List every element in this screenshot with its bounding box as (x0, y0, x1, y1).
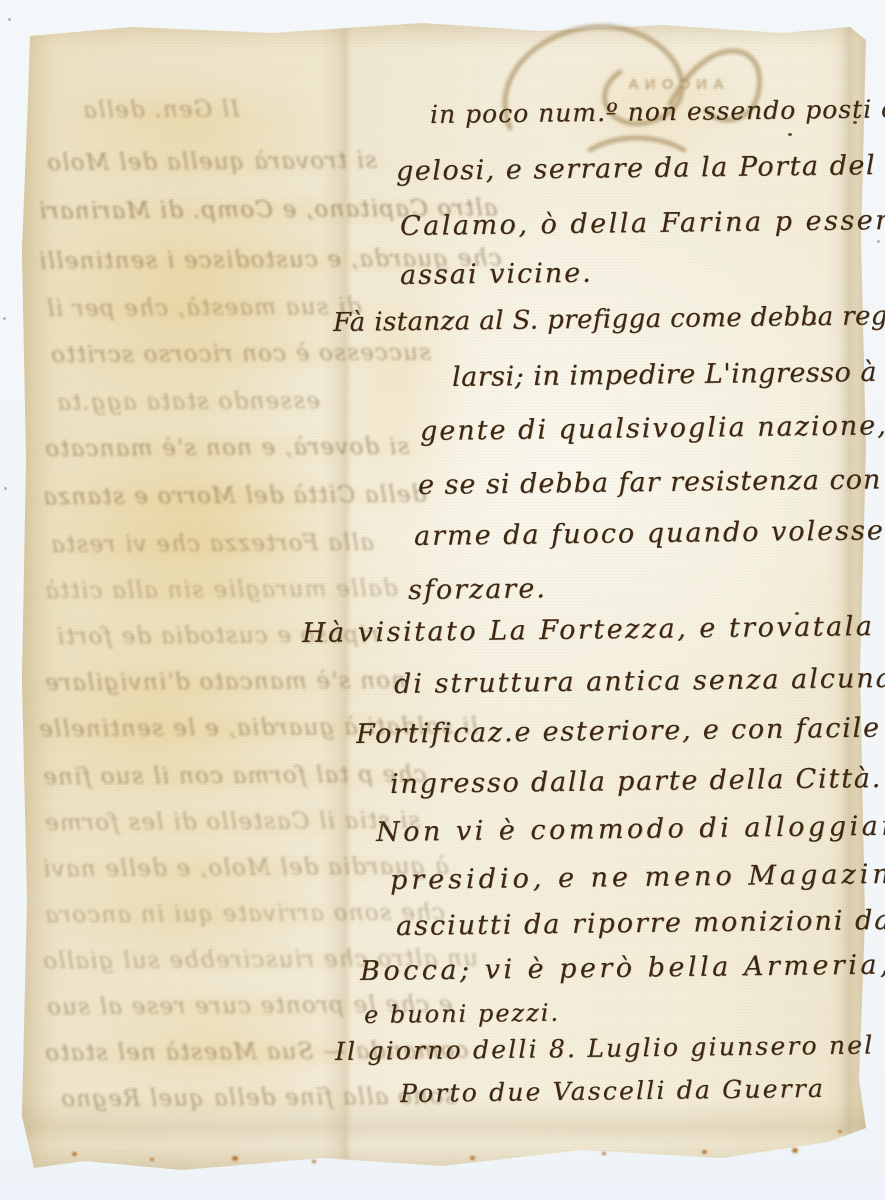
scanner-speck (4, 487, 7, 490)
rust-spot-6 (602, 1152, 606, 1155)
scanned-manuscript-page: ANCONA Il Gen. dellasi trovarà quella de… (0, 0, 885, 1200)
rust-spot-8 (792, 1148, 798, 1153)
scanner-speck (877, 240, 880, 243)
manuscript-paper (22, 20, 866, 1178)
bottom-fold-crease (22, 1098, 866, 1146)
scanner-speck (3, 317, 6, 320)
vertical-fold-crease (322, 20, 352, 1178)
right-fold-crease (840, 20, 856, 1178)
scanner-speck (8, 18, 11, 21)
rust-spot-4 (312, 1160, 316, 1163)
